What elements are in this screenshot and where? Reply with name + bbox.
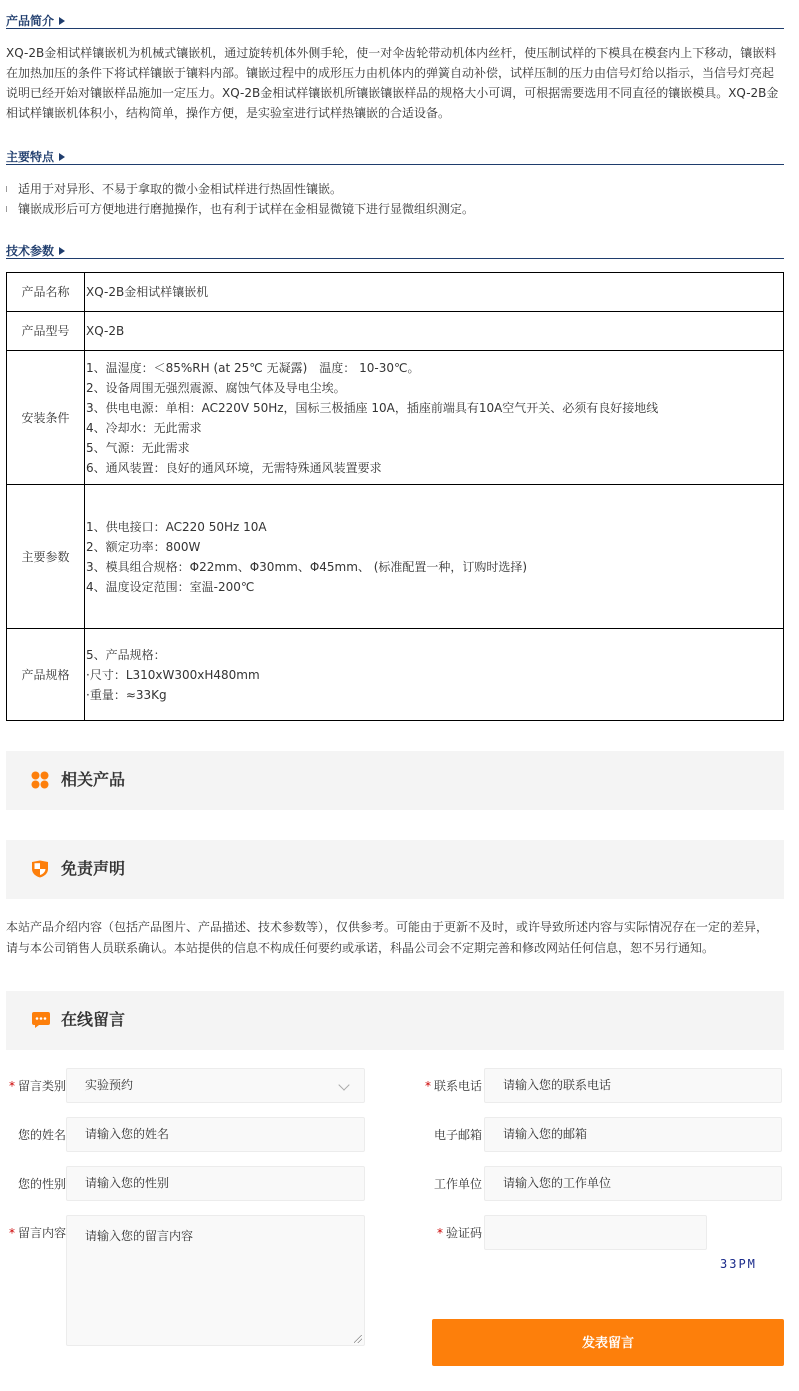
content-textarea[interactable]: 请输入您的留言内容 bbox=[66, 1215, 365, 1346]
table-row: 主要参数 1、供电接口：AC220 50Hz 10A 2、额定功率：800W 3… bbox=[7, 485, 784, 629]
company-input[interactable]: 请输入您的工作单位 bbox=[484, 1166, 782, 1201]
category-label: *留言类别 bbox=[4, 1079, 66, 1093]
shield-icon bbox=[31, 860, 49, 878]
param-key: 安装条件 bbox=[7, 351, 85, 485]
param-value: 1、温湿度：＜85%RH (at 25℃ 无凝露) 温度： 10-30℃。 2、… bbox=[85, 351, 784, 485]
submit-message-button[interactable]: 发表留言 bbox=[432, 1319, 784, 1366]
content-label: *留言内容 bbox=[4, 1226, 66, 1240]
table-row: 安装条件 1、温湿度：＜85%RH (at 25℃ 无凝露) 温度： 10-30… bbox=[7, 351, 784, 485]
disclaimer-text: 本站产品介绍内容（包括产品图片、产品描述、技术参数等），仅供参考。可能由于更新不… bbox=[6, 917, 791, 959]
features-list: 适用于对异形、不易于拿取的微小金相试样进行热固性镶嵌。 镶嵌成形后可方便地进行磨… bbox=[6, 179, 784, 219]
triangle-right-icon bbox=[59, 247, 65, 255]
section-header-intro: 产品简介 bbox=[6, 5, 784, 29]
category-select[interactable]: 实验预约 bbox=[66, 1068, 365, 1103]
section-title-params: 技术参数 bbox=[6, 244, 65, 258]
captcha-image[interactable]: 33PM bbox=[720, 1257, 757, 1271]
resize-handle-icon[interactable] bbox=[354, 1335, 362, 1343]
message-panel: 在线留言 bbox=[6, 991, 784, 1050]
panel-title: 在线留言 bbox=[61, 1010, 125, 1030]
gender-label: 您的性别 bbox=[4, 1177, 66, 1191]
name-label: 您的姓名 bbox=[4, 1128, 66, 1142]
name-input[interactable]: 请输入您的姓名 bbox=[66, 1117, 365, 1152]
chevron-down-icon bbox=[338, 1079, 349, 1090]
param-key: 产品规格 bbox=[7, 629, 85, 721]
captcha-input[interactable] bbox=[484, 1215, 707, 1250]
table-row: 产品规格 5、产品规格： ·尺寸：L310xW300xH480mm ·重量：≈3… bbox=[7, 629, 784, 721]
param-value: 1、供电接口：AC220 50Hz 10A 2、额定功率：800W 3、模具组合… bbox=[85, 485, 784, 629]
panel-title: 免责声明 bbox=[61, 859, 125, 879]
section-title-features: 主要特点 bbox=[6, 150, 65, 164]
related-products-panel: 相关产品 bbox=[6, 751, 784, 810]
phone-input[interactable]: 请输入您的联系电话 bbox=[484, 1068, 782, 1103]
disclaimer-panel: 免责声明 bbox=[6, 840, 784, 899]
feature-item: 镶嵌成形后可方便地进行磨抛操作，也有利于试样在金相显微镜下进行显微组织测定。 bbox=[6, 199, 784, 219]
param-value: 5、产品规格： ·尺寸：L310xW300xH480mm ·重量：≈33Kg bbox=[85, 629, 784, 721]
email-input[interactable]: 请输入您的邮箱 bbox=[484, 1117, 782, 1152]
param-key: 主要参数 bbox=[7, 485, 85, 629]
section-header-features: 主要特点 bbox=[6, 141, 784, 165]
table-row: 产品名称 XQ-2B金相试样镶嵌机 bbox=[7, 273, 784, 312]
param-key: 产品型号 bbox=[7, 312, 85, 351]
panel-title: 相关产品 bbox=[61, 770, 125, 790]
feature-item: 适用于对异形、不易于拿取的微小金相试样进行热固性镶嵌。 bbox=[6, 179, 784, 199]
param-key: 产品名称 bbox=[7, 273, 85, 312]
triangle-right-icon bbox=[59, 17, 65, 25]
chat-bubble-icon bbox=[31, 1011, 51, 1029]
phone-label: *联系电话 bbox=[420, 1079, 482, 1093]
param-value: XQ-2B金相试样镶嵌机 bbox=[85, 273, 784, 312]
email-label: 电子邮箱 bbox=[420, 1128, 482, 1142]
intro-paragraph: XQ-2B金相试样镶嵌机为机械式镶嵌机，通过旋转机体外侧手轮，使一对伞齿轮带动机… bbox=[6, 43, 784, 123]
table-row: 产品型号 XQ-2B bbox=[7, 312, 784, 351]
triangle-right-icon bbox=[59, 153, 65, 161]
section-title-intro: 产品简介 bbox=[6, 14, 65, 28]
company-label: 工作单位 bbox=[420, 1177, 482, 1191]
param-value: XQ-2B bbox=[85, 312, 784, 351]
params-table: 产品名称 XQ-2B金相试样镶嵌机 产品型号 XQ-2B 安装条件 1、温湿度：… bbox=[6, 272, 784, 721]
clover-icon bbox=[31, 771, 49, 789]
captcha-label: *验证码 bbox=[420, 1226, 482, 1240]
section-header-params: 技术参数 bbox=[6, 235, 784, 259]
gender-input[interactable]: 请输入您的性别 bbox=[66, 1166, 365, 1201]
